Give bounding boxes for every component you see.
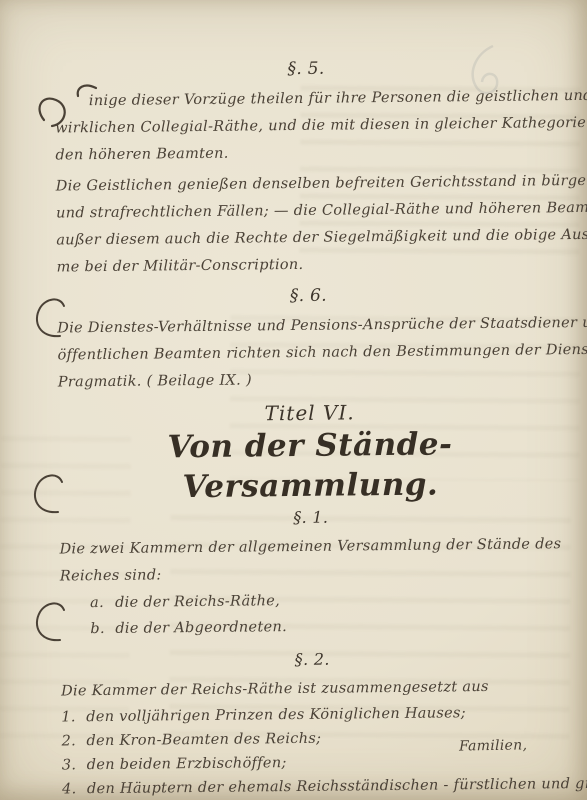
- manuscript-line: den höheren Beamten.: [55, 137, 558, 169]
- list-item-text: den Häuptern der ehemals Reichsständisch…: [87, 775, 587, 797]
- list-item-label: a.: [90, 590, 110, 616]
- manuscript-line: Pragmatik. ( Beilage IX. ): [58, 364, 561, 396]
- section5-paragraph-1: inige dieser Vorzüge theilen für ihre Pe…: [55, 83, 559, 169]
- list-item-label: 4.: [62, 777, 82, 800]
- catchword: Familien,: [459, 737, 528, 754]
- list-item-text: die der Abgeordneten.: [115, 619, 287, 637]
- manuscript-line: öffentlichen Beamten richten sich nach d…: [57, 337, 560, 369]
- list-item-text: den Kron-Beamten des Reichs;: [86, 731, 321, 749]
- manuscript-line: außer diesem auch die Rechte der Siegelm…: [56, 222, 559, 254]
- list-item-label: 1.: [61, 705, 81, 729]
- section1-paragraph: Die zwei Kammern der allgemeinen Versamm…: [59, 531, 563, 590]
- section2-paragraph: Die Kammer der Reichs-Räthe ist zusammen…: [61, 673, 564, 705]
- manuscript-line: wirklichen Collegial-Räthe, und die mit …: [55, 110, 558, 142]
- list-item-label: b.: [90, 616, 110, 642]
- section1-list: a. die der Reichs-Räthe, b. die der Abge…: [60, 585, 564, 642]
- manuscript-line: Die Kammer der Reichs-Räthe ist zusammen…: [61, 673, 564, 705]
- list-item-text: die der Reichs-Räthe,: [115, 593, 280, 611]
- section-heading-2: §. 2.: [61, 645, 564, 674]
- section-heading-5: §. 5.: [54, 53, 557, 84]
- list-item-text: den beiden Erzbischöffen;: [87, 755, 287, 773]
- section-heading-6: §. 6.: [57, 280, 560, 311]
- list-item: b. die der Abgeordneten.: [90, 611, 563, 642]
- list-item: 4. den Häuptern der ehemals Reichsständi…: [62, 772, 565, 800]
- list-item-label: 3.: [62, 753, 82, 777]
- title-heading: Von der Stände-Versammlung.: [58, 423, 562, 508]
- manuscript-page: §. 5. inige dieser Vorzüge theilen für i…: [0, 0, 587, 800]
- manuscript-line: me bei der Militär-Conscription.: [56, 249, 559, 281]
- list-item-text: den volljährigen Prinzen des Königlichen…: [86, 705, 466, 725]
- section6-paragraph: Die Dienstes-Verhältnisse und Pensions-A…: [57, 310, 561, 396]
- section-heading-1: §. 1.: [59, 503, 562, 532]
- manuscript-text: §. 5. inige dieser Vorzüge theilen für i…: [0, 0, 587, 800]
- manuscript-line: Die zwei Kammern der allgemeinen Versamm…: [59, 531, 562, 563]
- list-item-label: 2.: [61, 729, 81, 753]
- section5-paragraph-2: Die Geistlichen genießen denselben befre…: [56, 168, 560, 281]
